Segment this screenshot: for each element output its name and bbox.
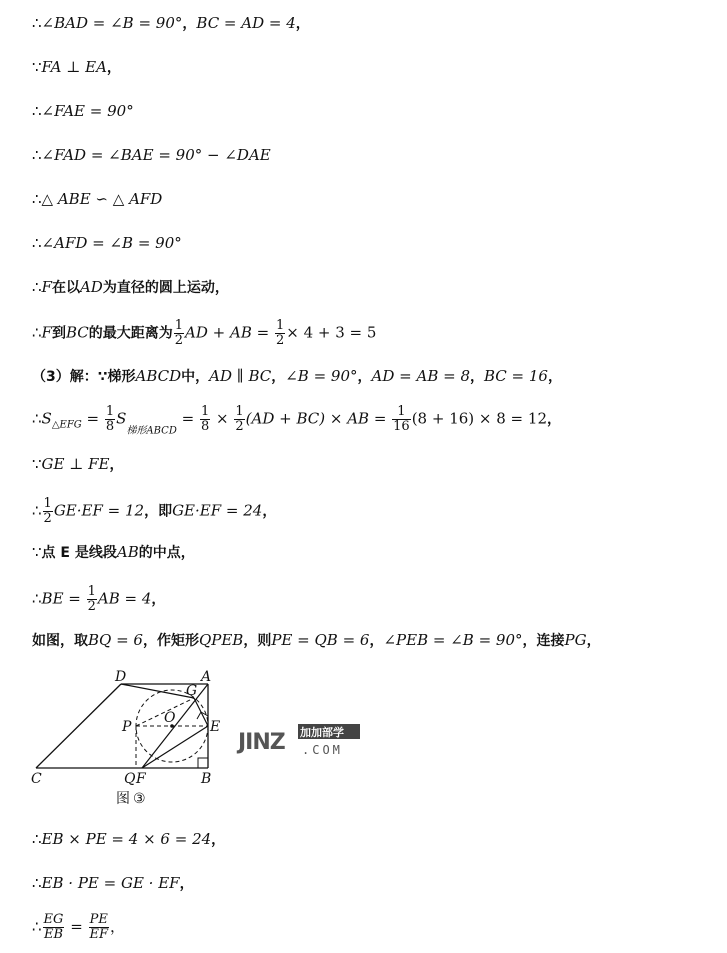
denominator: 2 [174, 334, 184, 348]
math-expr: (8 + 16) × 8 = 12 [412, 410, 547, 428]
proof-line-1: ∴∠BAD = ∠B = 90°，BC = AD = 4， [32, 13, 310, 34]
math-expr: ∠AFD = ∠B = 90° [42, 234, 182, 252]
denominator: 16 [392, 420, 411, 434]
proof-line-12: ∴12GE·EF = 12，即GE·EF = 24， [32, 497, 276, 526]
comma: ， [182, 16, 196, 32]
numerator: 1 [275, 319, 285, 334]
proof-line-7: ∴F在以AD为直径的圆上运动， [32, 277, 229, 298]
proof-line-10: ∴S△EFG = 18S梯形ABCD = 18 × 12(AD + BC) × … [32, 405, 561, 442]
math-var: S [116, 410, 126, 428]
label-o: O [164, 710, 176, 726]
numerator: 1 [200, 405, 210, 420]
therefore-symbol: ∴ [32, 146, 42, 164]
math-expr: GE·EF = 12 [54, 502, 144, 520]
proof-line-14: ∴BE = 12AB = 4， [32, 585, 165, 614]
chinese-text: 即 [158, 504, 172, 520]
therefore-symbol: ∴ [32, 324, 42, 342]
chinese-text: 则 [257, 633, 271, 649]
math-expr: EB × PE = 4 × 6 = 24 [42, 830, 212, 848]
proof-line-6: ∴∠AFD = ∠B = 90° [32, 233, 182, 253]
math-expr: EB · PE = GE · EF [42, 874, 180, 892]
proof-line-2: ∵FA ⊥ EA， [32, 57, 121, 78]
chinese-text: 作矩形 [157, 633, 199, 649]
comma: ， [470, 369, 484, 385]
therefore-symbol: ∴ [32, 918, 42, 936]
label-a: A [199, 669, 211, 685]
equals: = [65, 918, 87, 936]
watermark-domain: .COM [302, 743, 343, 757]
denominator: EB [43, 928, 65, 942]
numerator: 1 [234, 405, 244, 420]
proof-line-4: ∴∠FAD = ∠BAE = 90° − ∠DAE [32, 145, 271, 165]
denominator: 8 [200, 420, 210, 434]
math-var: PG [565, 631, 587, 649]
equals: = [82, 410, 104, 428]
proof-line-17: ∴EB · PE = GE · EF， [32, 873, 194, 894]
math-expr: BC = 16 [484, 367, 548, 385]
denominator: 2 [43, 512, 53, 526]
part-label: （3）解：∵梯形 [32, 369, 135, 385]
chinese-text: 如图，取 [32, 633, 88, 649]
comma: ， [587, 633, 601, 649]
therefore-symbol: ∴ [32, 590, 42, 608]
math-expr: BE = [42, 590, 86, 608]
math-expr: AD + AB = [185, 324, 269, 342]
figure-caption: 图 ③ [116, 791, 146, 807]
subscript: 梯形ABCD [126, 426, 176, 437]
therefore-symbol: ∴ [32, 874, 42, 892]
label-d: D [114, 669, 126, 685]
chinese-text: 点 E 是线段 [42, 545, 117, 561]
comma: ， [144, 504, 158, 520]
comma: ， [243, 633, 257, 649]
numerator: 1 [105, 405, 115, 420]
fraction: 12 [275, 319, 285, 348]
comma: ， [262, 504, 276, 520]
label-g: G [186, 683, 197, 699]
chinese-text: 的中点， [139, 545, 195, 561]
proof-line-8: ∴F到BC的最大距离为12AD + AB = 12× 4 + 3 = 5 [32, 319, 376, 348]
comma: ， [211, 832, 225, 848]
caption-number: ③ [133, 791, 146, 807]
comma: ， [358, 369, 372, 385]
fraction: 12 [43, 497, 53, 526]
therefore-symbol: ∴ [32, 14, 42, 32]
label-f: F [135, 771, 147, 787]
math-expr: GE ⊥ FE [42, 455, 110, 473]
right-angle-b [198, 758, 208, 768]
denominator: EF [89, 928, 110, 942]
label-e: E [209, 719, 220, 735]
therefore-symbol: ∴ [32, 190, 42, 208]
comma: ， [107, 60, 121, 76]
watermark-brand: JINZ [236, 730, 285, 755]
subscript: △EFG [52, 420, 82, 431]
label-p: P [121, 719, 132, 735]
proof-line-16: ∴EB × PE = 4 × 6 = 24， [32, 829, 225, 850]
fraction: 12 [174, 319, 184, 348]
therefore-symbol: ∴ [32, 234, 42, 252]
math-var: QPEB [199, 631, 243, 649]
proof-line-15: 如图，取BQ = 6，作矩形QPEB，则PE = QB = 6，∠PEB = ∠… [32, 630, 601, 651]
math-var: S [42, 410, 52, 428]
math-expr: ∠BAD = ∠B = 90° [42, 14, 183, 32]
fraction: 116 [392, 405, 411, 434]
therefore-symbol: ∴ [32, 830, 42, 848]
comma: ， [547, 412, 561, 428]
math-var: AD [80, 278, 103, 296]
proof-line-13: ∵点 E 是线段AB的中点， [32, 542, 195, 563]
because-symbol: ∵ [32, 543, 42, 561]
fraction: 12 [234, 405, 244, 434]
math-expr: AB = 4 [98, 590, 152, 608]
fraction: EGEB [43, 913, 65, 942]
therefore-symbol: ∴ [32, 410, 42, 428]
numerator: 1 [43, 497, 53, 512]
numerator: PE [89, 913, 110, 928]
fraction: PEEF [89, 913, 110, 942]
watermark-chinese: 加加部学 [300, 725, 344, 739]
label-b: B [200, 771, 211, 787]
math-var: F [42, 324, 52, 342]
denominator: 2 [234, 420, 244, 434]
numerator: 1 [87, 585, 97, 600]
comma: ， [548, 369, 562, 385]
label-q: Q [124, 771, 136, 787]
numerator: 1 [392, 405, 411, 420]
chinese-text: 中， [181, 369, 209, 385]
math-var: ABCD [135, 367, 181, 385]
denominator: 2 [87, 600, 97, 614]
math-expr: AD ∥ BC [209, 367, 271, 385]
comma: ， [110, 918, 125, 936]
math-expr: PE = QB = 6 [271, 631, 369, 649]
because-symbol: ∵ [32, 455, 42, 473]
proof-line-9: （3）解：∵梯形ABCD中，AD ∥ BC，∠B = 90°，AD = AB =… [32, 366, 562, 387]
therefore-symbol: ∴ [32, 502, 42, 520]
comma: ， [151, 592, 165, 608]
chinese-text: 在以 [52, 280, 80, 296]
chinese-text: 到 [52, 326, 66, 342]
chinese-text: 为直径的圆上运动， [103, 280, 229, 296]
comma: ， [523, 633, 537, 649]
proof-line-5: ∴△ ABE ∽ △ AFD [32, 189, 162, 209]
math-expr: × 4 + 3 = 5 [286, 324, 376, 342]
therefore-symbol: ∴ [32, 102, 42, 120]
comma: ， [369, 633, 383, 649]
math-expr: ∠FAD = ∠BAE = 90° − ∠DAE [42, 146, 271, 164]
math-var: AB [117, 543, 139, 561]
comma: ， [143, 633, 157, 649]
caption-text: 图 [116, 791, 130, 807]
math-var: BC [66, 324, 89, 342]
label-c: C [31, 771, 42, 787]
math-expr: BC = AD = 4 [196, 14, 295, 32]
numerator: EG [43, 913, 65, 928]
watermark-logo: JINZ 加加部学 .COM [236, 722, 362, 758]
times: × [211, 410, 233, 428]
therefore-symbol: ∴ [32, 278, 42, 296]
comma: ， [271, 369, 285, 385]
comma: ， [180, 876, 194, 892]
fraction: 18 [105, 405, 115, 434]
denominator: 2 [275, 334, 285, 348]
math-expr: (AD + BC) × AB = [246, 410, 392, 428]
denominator: 8 [105, 420, 115, 434]
comma: ， [109, 457, 123, 473]
proof-line-18: ∴EGEB = PEEF， [32, 913, 125, 942]
math-expr: △ ABE ∽ △ AFD [42, 190, 163, 208]
proof-line-11: ∵GE ⊥ FE， [32, 454, 123, 475]
math-expr: ∠PEB = ∠B = 90° [383, 631, 522, 649]
numerator: 1 [174, 319, 184, 334]
math-expr: FA ⊥ EA [42, 58, 107, 76]
geometry-figure: D A G O P E C Q F B 图 ③ [20, 660, 250, 815]
math-var: F [42, 278, 52, 296]
fraction: 18 [200, 405, 210, 434]
math-expr: AD = AB = 8 [372, 367, 470, 385]
comma: ， [296, 16, 310, 32]
math-expr: BQ = 6 [88, 631, 143, 649]
fraction: 12 [87, 585, 97, 614]
chinese-text: 的最大距离为 [89, 326, 173, 342]
because-symbol: ∵ [32, 58, 42, 76]
math-expr: GE·EF = 24 [172, 502, 262, 520]
math-expr: ∠FAE = 90° [42, 102, 134, 120]
chinese-text: 连接 [537, 633, 565, 649]
proof-line-3: ∴∠FAE = 90° [32, 101, 134, 121]
equals: = [177, 410, 199, 428]
math-expr: ∠B = 90° [285, 367, 357, 385]
